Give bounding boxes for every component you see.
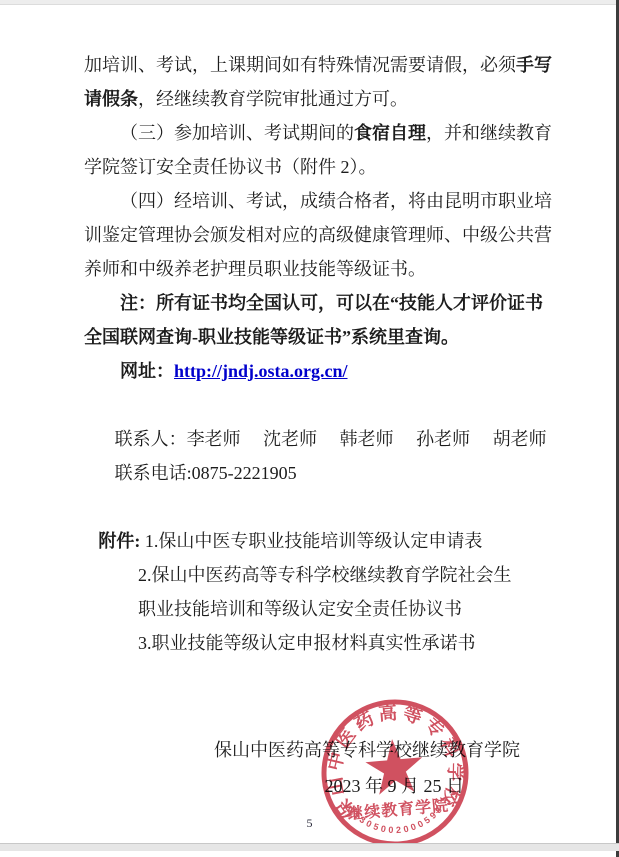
text-segment: 手写: [516, 55, 552, 75]
text-line: 注：所有证书均全国认可，可以在“技能人才评价证书: [84, 286, 562, 320]
text-segment: 加培训、考试，上课期间如有特殊情况需要请假，必须: [84, 55, 516, 75]
text-line: 学院签订安全责任协议书（附件 2）。: [84, 150, 562, 184]
seal-star-icon: [364, 737, 426, 796]
text-line: 附件: 1.保山中医专职业技能培训等级认定申请表: [84, 524, 562, 558]
text-segment: ，经继续教育学院审批通过方可。: [138, 89, 408, 109]
text-line: 全国联网查询-职业技能等级证书”系统里查询。: [84, 320, 562, 354]
text-line: 2.保山中医药高等专科学校继续教育学院社会生: [84, 558, 562, 592]
blank-line: [84, 388, 562, 422]
website-link[interactable]: http://jndj.osta.org.cn/: [174, 361, 348, 381]
text-segment: 职业技能培训和等级认定安全责任协议书: [138, 599, 462, 619]
text-line: 加培训、考试，上课期间如有特殊情况需要请假，必须手写: [84, 48, 562, 82]
text-line: 联系人：李老师 沈老师 韩老师 孙老师 胡老师: [84, 422, 562, 456]
text-segment: 2.保山中医药高等专科学校继续教育学院社会生: [138, 565, 512, 585]
text-line: 职业技能培训和等级认定安全责任协议书: [84, 592, 562, 626]
text-line: 养师和中级养老护理员职业技能等级证书。: [84, 252, 562, 286]
text-segment: 养师和中级养老护理员职业技能等级证书。: [84, 259, 426, 279]
blank-line: [84, 490, 562, 524]
document-viewer: 加培训、考试，上课期间如有特殊情况需要请假，必须手写请假条，经继续教育学院审批通…: [0, 0, 619, 857]
text-line: 训鉴定管理协会颁发相对应的高级健康管理师、中级公共营: [84, 218, 562, 252]
text-segment: 训鉴定管理协会颁发相对应的高级健康管理师、中级公共营: [84, 225, 552, 245]
text-line: （三）参加培训、考试期间的食宿自理，并和继续教育: [84, 116, 562, 150]
text-segment: 注：所有证书均全国认可，可以在“技能人才评价证书: [120, 293, 543, 313]
official-seal: 保山中医药高等专科学校 继续教育学院 5305002000598: [315, 693, 475, 853]
text-segment: 学院签订安全责任协议书（附件 2）。: [84, 157, 377, 177]
text-line: 联系电话:0875-2221905: [84, 456, 562, 490]
page-gap-bottom: [0, 843, 619, 851]
page-gap-top: [0, 0, 619, 5]
text-segment: 请假条: [84, 89, 138, 109]
text-segment: 全国联网查询-职业技能等级证书”系统里查询。: [84, 327, 459, 347]
page-number: 5: [0, 816, 619, 831]
text-line: （四）经培训、考试，成绩合格者，将由昆明市职业培: [84, 184, 562, 218]
text-segment: 联系电话:0875-2221905: [115, 463, 297, 483]
text-segment: 网址：: [120, 361, 174, 381]
text-segment: 附件:: [98, 531, 145, 551]
text-segment: 联系人：李老师 沈老师 韩老师 孙老师 胡老师: [115, 429, 547, 449]
text-segment: 食宿自理: [354, 123, 426, 143]
text-line: 3.职业技能等级认定申报材料真实性承诺书: [84, 626, 562, 660]
text-segment: （四）经培训、考试，成绩合格者，将由昆明市职业培: [120, 191, 552, 211]
text-line: 网址：http://jndj.osta.org.cn/: [84, 354, 562, 388]
text-segment: 3.职业技能等级认定申报材料真实性承诺书: [138, 633, 476, 653]
text-segment: 1.保山中医专职业技能培训等级认定申请表: [145, 531, 483, 551]
page-content: 加培训、考试，上课期间如有特殊情况需要请假，必须手写请假条，经继续教育学院审批通…: [84, 48, 562, 660]
text-line: 请假条，经继续教育学院审批通过方可。: [84, 82, 562, 116]
text-segment: ，并和继续教育: [426, 123, 552, 143]
text-segment: （三）参加培训、考试期间的: [120, 123, 354, 143]
